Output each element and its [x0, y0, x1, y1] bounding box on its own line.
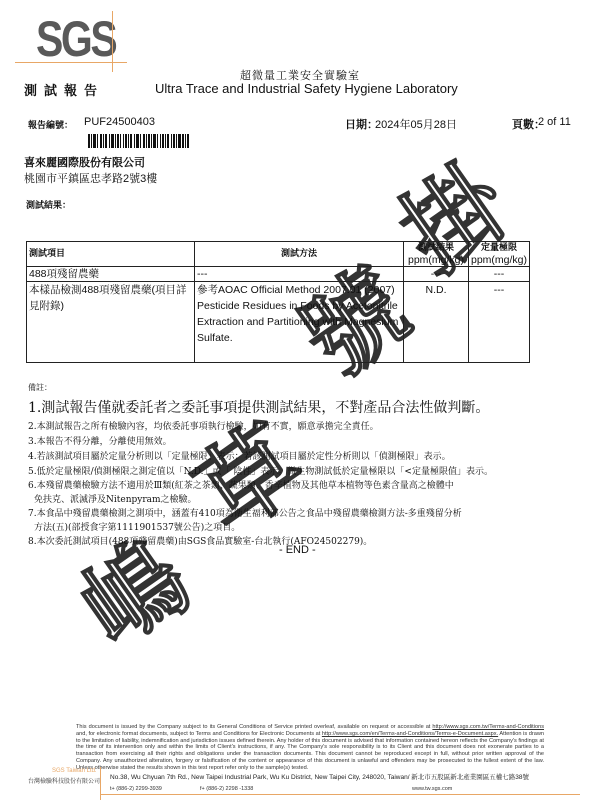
cell-item: 本樣品檢測488項殘留農藥(項目詳見附錄) [27, 282, 195, 363]
terms-link[interactable]: http://www.sgs.com.tw/Terms-and-Conditio… [432, 724, 544, 730]
footer-disclaimer: This document is issued by the Company s… [76, 724, 544, 772]
disclaimer-text: Attention is drawn to the limitation of … [76, 731, 544, 771]
footer-company-en: SGS Taiwan Ltd. [52, 768, 97, 774]
cell-loq: --- [469, 282, 530, 363]
header-loq-unit: ppm(mg/kg) [471, 254, 527, 266]
report-number: PUF24500403 [84, 116, 155, 128]
footer-fax: f+ (886-2) 2298 -1338 [200, 786, 253, 792]
date-label: 日期： [345, 116, 378, 132]
footer-divider-vertical [100, 767, 101, 800]
e-document-terms-link[interactable]: http://www.sgs.com/en/Terms-and-Conditio… [322, 731, 498, 737]
footer-phone: t+ (886-2) 2299-3939 [110, 786, 162, 792]
table-row: 488項殘留農藥 --- --- --- [27, 267, 530, 282]
note-item: 6.本殘留農藥檢驗方法不適用於Ⅲ類(紅茶之茶類、蔬果類、香辛植物及其他草本植物等… [28, 478, 454, 491]
note-item: 方法(五)(部授食字第1111901537號公告)之項目。 [34, 520, 240, 533]
note-item: 免扶克、派滅淨及Nitenpyram之檢驗。 [34, 492, 197, 505]
end-marker: - END - [279, 544, 316, 556]
header-test-item: 測試項目 [27, 242, 195, 267]
page-number: 2 of 11 [538, 116, 571, 128]
results-label: 測試結果： [26, 198, 71, 211]
date-value: 2024年05月28日 [375, 116, 457, 132]
cell-result: N.D. [404, 282, 469, 363]
cell-result: --- [404, 267, 469, 282]
footer-website[interactable]: www.tw.sgs.com [412, 786, 452, 792]
header-loq: 定量極限 ppm(mg/kg) [469, 242, 530, 267]
cell-loq: --- [469, 267, 530, 282]
note-item: 5.低於定量極限/偵測極限之測定值以「N.D.」或「 陰性」表示。微生物測試低於… [28, 464, 493, 477]
lab-name-en: Ultra Trace and Industrial Safety Hygien… [155, 81, 458, 96]
results-table: 測試項目 測試方法 測試結果 ppm(mg/kg) 定量極限 ppm(mg/kg… [26, 241, 530, 363]
cell-item: 488項殘留農藥 [27, 267, 195, 282]
report-number-label: 報告編號： [28, 118, 73, 131]
footer-company-cn: 台灣檢驗科技股份有限公司 [28, 776, 100, 785]
note-item: 1.測試報告僅就委託者之委託事項提供測試結果，不對產品合法性做判斷。 [28, 397, 489, 417]
header-test-result: 測試結果 ppm(mg/kg) [404, 242, 469, 267]
footer-divider-horizontal [100, 794, 580, 795]
cell-method: 參考AOAC Official Method 2007.01 (2007) Pe… [195, 282, 404, 363]
note-item: 3.本報告不得分離，分離使用無效。 [28, 434, 172, 447]
logo-vertical-line [112, 11, 113, 72]
header-test-method: 測試方法 [195, 242, 404, 267]
client-company: 喜來麗國際股份有限公司 [24, 154, 145, 170]
report-title: 測試報告 [24, 80, 104, 99]
note-item: 8.本次委託測試項目(488項殘留農藥)由SGS食品實驗室-台北執行(AFO24… [28, 534, 372, 547]
logo-horizontal-line [15, 62, 127, 63]
sgs-logo: SGS [36, 14, 115, 64]
notes-label: 備註： [28, 382, 52, 393]
cell-method: --- [195, 267, 404, 282]
note-item: 4.若該測試項目屬於定量分析則以「定量極限」表示；若該測試項目屬於定性分析則以「… [28, 449, 451, 462]
header-test-result-label: 測試結果 [406, 242, 466, 254]
disclaimer-text: and, for electronic format documents, su… [76, 731, 322, 737]
table-row: 本樣品檢測488項殘留農藥(項目詳見附錄) 參考AOAC Official Me… [27, 282, 530, 363]
barcode [88, 134, 218, 148]
header-loq-label: 定量極限 [471, 242, 527, 254]
disclaimer-text: This document is issued by the Company s… [76, 724, 432, 730]
table-header-row: 測試項目 測試方法 測試結果 ppm(mg/kg) 定量極限 ppm(mg/kg… [27, 242, 530, 267]
header-test-result-unit: ppm(mg/kg) [406, 254, 466, 266]
footer-address: No.38, Wu Chyuan 7th Rd., New Taipei Ind… [110, 772, 529, 781]
note-item: 2.本測試報告之所有檢驗內容，均依委託事項執行檢驗，如有不實，願意承擔完全責任。 [28, 419, 379, 432]
note-item: 7.本食品中殘留農藥檢測之測項中，涵蓋有410項為衛生福利部公告之食品中殘留農藥… [28, 506, 462, 519]
client-address: 桃園市平鎮區忠孝路2號3樓 [24, 170, 157, 186]
